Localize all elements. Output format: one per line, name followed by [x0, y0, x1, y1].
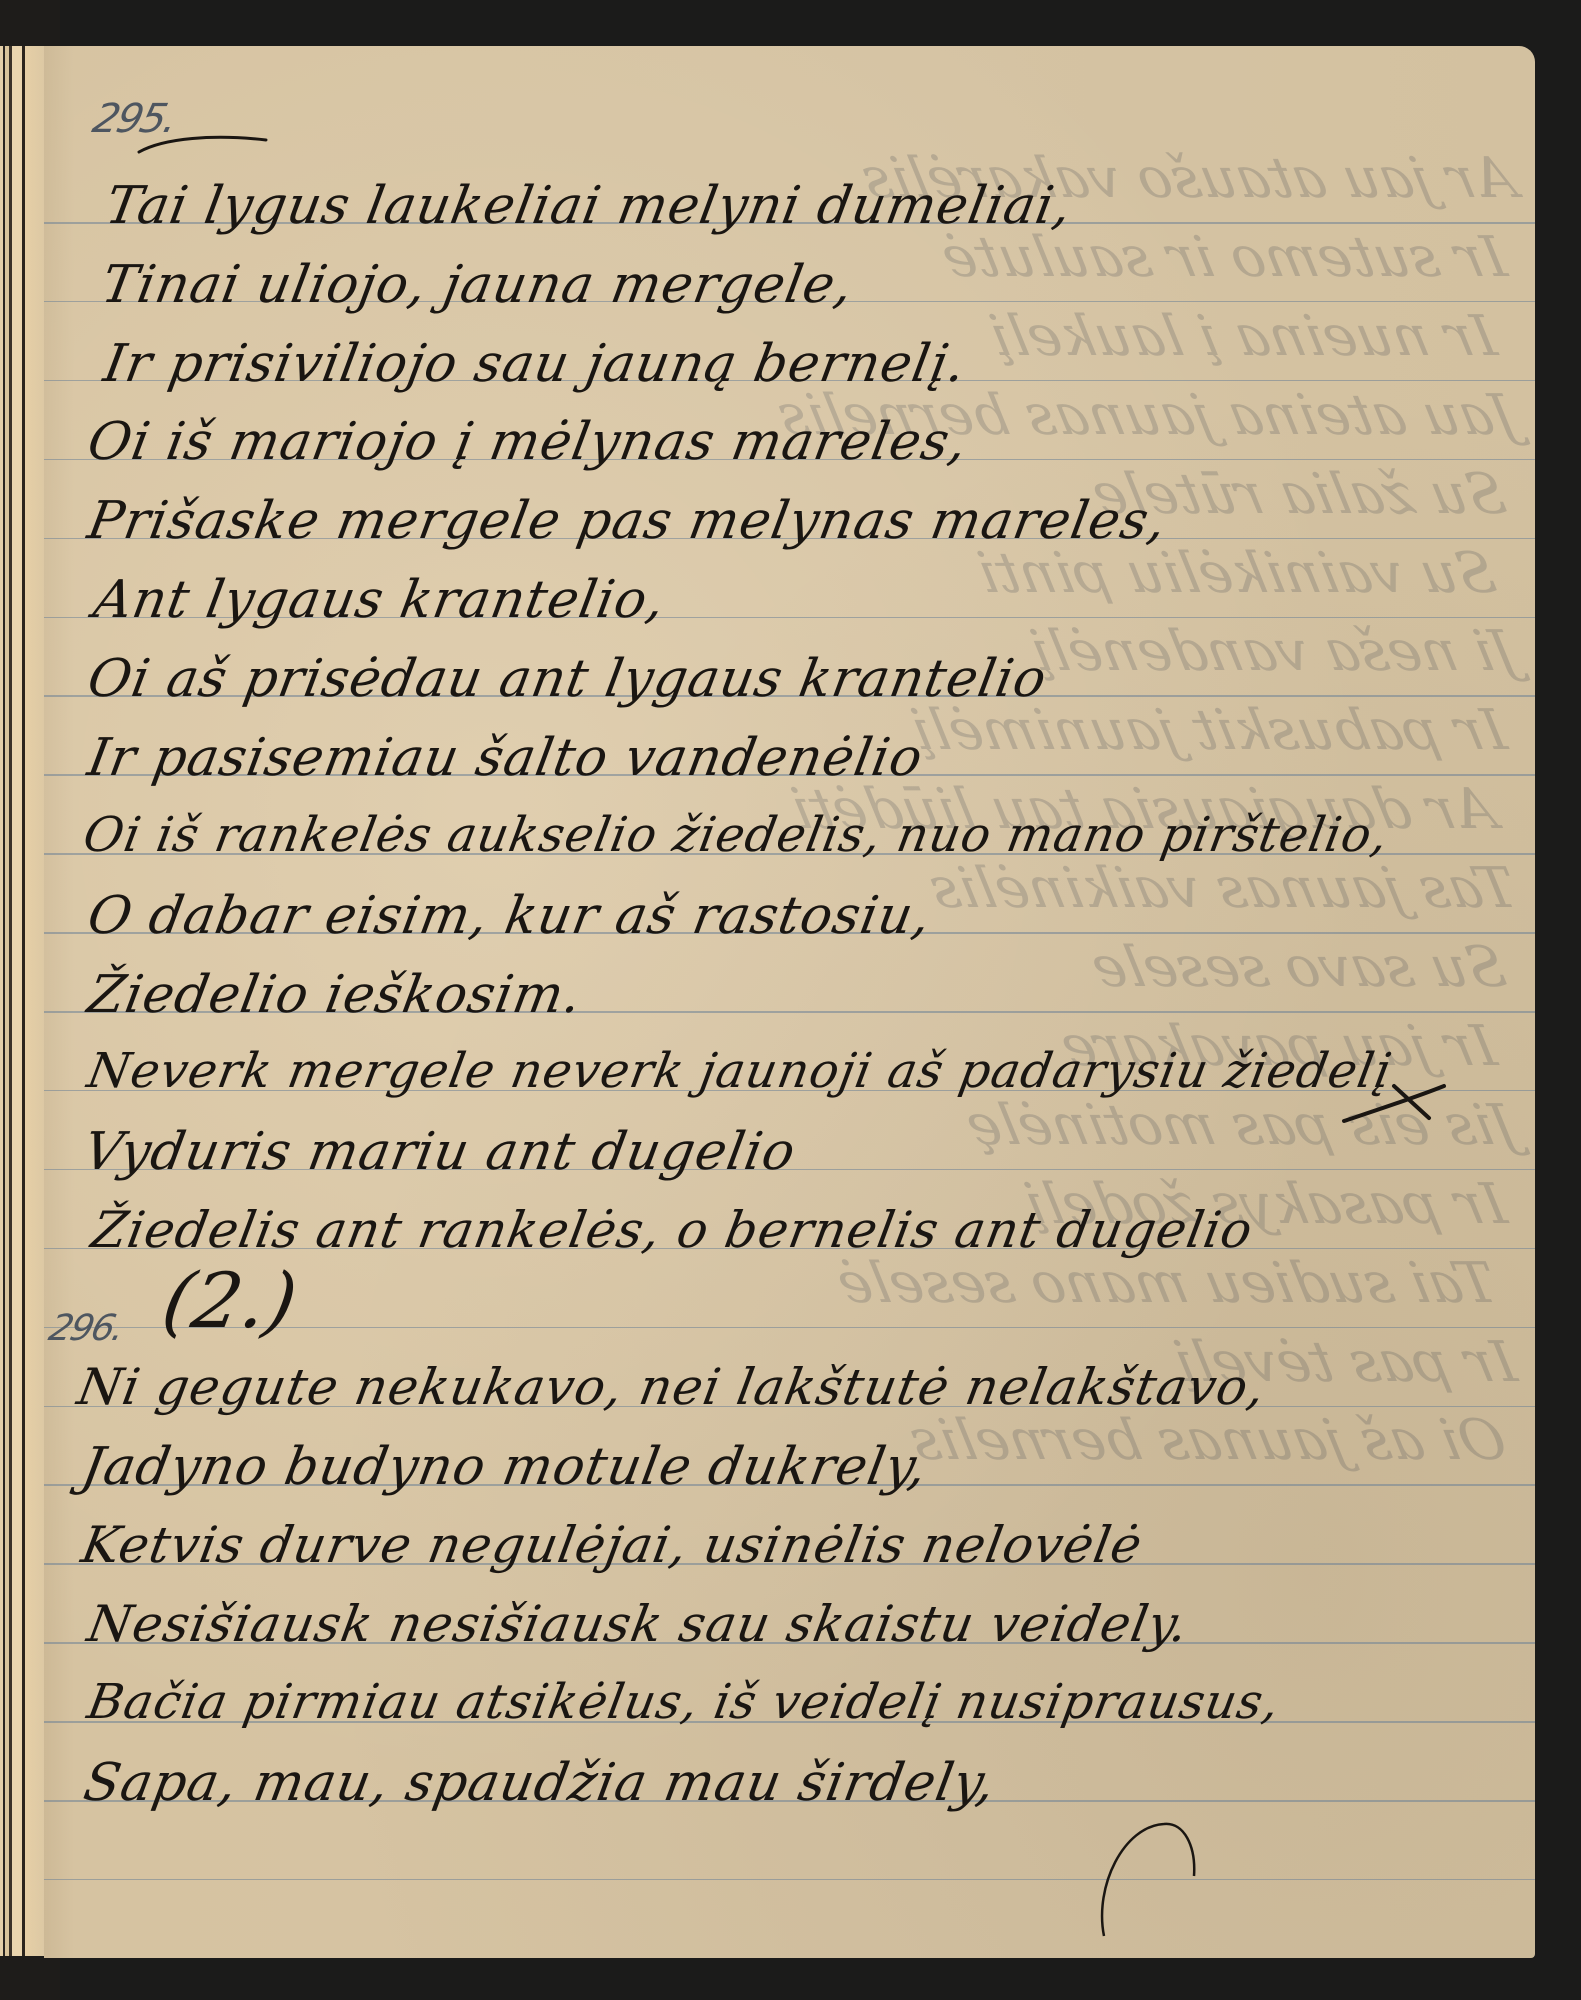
song-295-line-11: Žiedelio ieškosim.	[84, 969, 586, 1021]
binding-shadow-top	[0, 0, 60, 46]
bleed-through-line: Ir nueina į laukelį	[985, 304, 1502, 369]
verse-marker: (2.)	[156, 1256, 304, 1345]
bleed-through-line: Ji neša vandenėlį	[1026, 619, 1522, 684]
song-296-line-1: Ni gegute nekukavo, nei lakštutė nelakšt…	[74, 1362, 1269, 1412]
song-295-line-6: Ant lygaus krantelio,	[90, 574, 669, 626]
song-295-line-3: Ir prisiviliojo sau jauną bernelį.	[100, 338, 970, 390]
song-296-line-6: Sapa, mau, spaudžia mau širdely,	[80, 1757, 1000, 1809]
title-underline-flourish	[134, 130, 274, 160]
song-296-line-5: Bačia pirmiau atsikėlus, iš veidelį nusi…	[84, 1678, 1284, 1726]
bleed-through-line: Tai sudieu mano seselė	[832, 1251, 1502, 1316]
closing-flourish	[1084, 1806, 1204, 1946]
song-295-line-14: Žiedelis ant rankelės, o bernelis ant du…	[88, 1205, 1257, 1255]
bleed-through-line: Su savo sesele	[1086, 935, 1512, 1000]
notebook-page: Ar jau ataušo vakarėlisIr sutemo ir saul…	[44, 46, 1535, 1958]
song-295-line-9: Oi iš rankelės aukselio žiedelis, nuo ma…	[80, 811, 1392, 859]
song-295-line-13: Vyduris mariu ant dugelio	[80, 1126, 800, 1178]
song-296-line-3: Ketvis durve negulėjai, usinėlis nelovėl…	[78, 1520, 1146, 1570]
song-295-line-5: Prišaske mergele pas melynas mareles,	[84, 495, 1171, 547]
bleed-through-line: Oi aš jaunas bernelis	[904, 1408, 1512, 1473]
bleed-through-line: Tas jaunas vaikinėlis	[924, 856, 1522, 921]
song-295-line-12: Neverk mergele neverk jaunoji aš padarys…	[84, 1047, 1395, 1095]
song-296-line-4: Nesišiausk nesišiausk sau skaistu veidel…	[84, 1599, 1192, 1649]
ruled-line	[44, 1879, 1535, 1881]
song-295-line-2: Tinai uliojo, jauna mergele,	[98, 259, 857, 311]
ink-stroke	[1334, 1076, 1454, 1136]
binding-shadow-bottom	[0, 1956, 60, 2000]
song-296-line-2: Jadyno budyno motule dukrely,	[78, 1441, 931, 1493]
song-number-296: 296.	[45, 1308, 127, 1349]
song-295-line-7: Oi aš prisėdau ant lygaus krantelio	[84, 653, 1051, 705]
song-295-line-1: Tai lygus laukeliai melyni dumeliai,	[102, 180, 1076, 232]
song-295-line-4: Oi iš mariojo į mėlynas mareles,	[84, 416, 971, 468]
song-295-line-8: Ir pasisemiau šalto vandenėlio	[84, 732, 927, 784]
song-295-line-10: O dabar eisim, kur aš rastosiu,	[84, 890, 935, 942]
